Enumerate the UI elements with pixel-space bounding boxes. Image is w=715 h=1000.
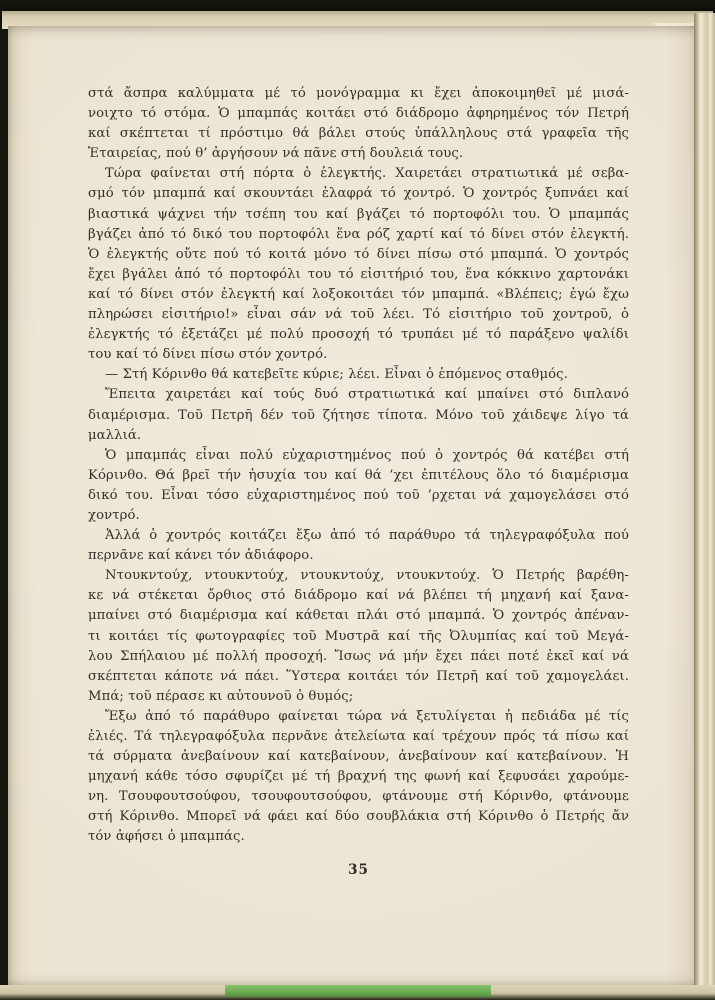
text-line: μηχανή κάθε τόσο σφυρίζει μέ τή βραχνή τ… [88,767,629,787]
text-line: μαλλιά. [88,426,629,446]
text-line: Κόρινθο. Θά βρεῖ τήν ἡσυχία του καί θά ’… [88,466,629,486]
text-line: τι κοιτάει τίς φωτογραφίες τοῦ Μυστρᾶ κα… [88,627,629,647]
paragraph: Ἔξω ἀπό τό παράθυρο φαίνεται τώρα νά ξετ… [88,707,629,848]
text-line: — Στή Κόρινθο θά κατεβεῖτε κύριε; λέει. … [88,365,629,385]
page-text: στά ἄσπρα καλύμματα μέ τό μονόγραμμα κι … [88,84,629,848]
text-line: Τώρα φαίνεται στή πόρτα ὁ ἐλεγκτής. Χαιρ… [88,164,629,184]
paragraph: — Στή Κόρινθο θά κατεβεῖτε κύριε; λέει. … [88,365,629,385]
text-line: χοντρό. [88,506,629,526]
text-line: Ντουκντούχ, ντουκντούχ, ντουκντούχ, ντου… [88,566,629,586]
text-line: Ἑταιρείας, πού θ’ ἀργήσουν νά πᾶνε στή δ… [88,144,629,164]
book-fore-edge-right [694,13,715,1000]
paragraph: Ἔπειτα χαιρετάει καί τούς δυό στρατιωτικ… [88,385,629,445]
text-line: Ἔξω ἀπό τό παράθυρο φαίνεται τώρα νά ξετ… [88,707,629,727]
paragraph: Ὁ μπαμπάς εἶναι πολύ εὐχαριστημένος πού … [88,446,629,526]
text-line: τόν ἀφήσει ὁ μπαμπάς. [88,827,629,847]
text-line: ἐλεγκτής τό ἐξετάζει μέ πολύ προσοχή τό … [88,325,629,345]
text-line: βιαστικά ψάχνει τήν τσέπη του καί βγάζει… [88,205,629,225]
text-line: Μπά; τοῦ πέρασε κι αὐτουνοῦ ὁ θυμός; [88,687,629,707]
text-line: ἔχει βγάλει ἀπό τό πορτοφόλι του τό εἰσι… [88,265,629,285]
paragraph: Ντουκντούχ, ντουκντούχ, ντουκντούχ, ντου… [88,566,629,707]
paragraph: Ἀλλά ὁ χοντρός κοιτάζει ἔξω ἀπό τό παράθ… [88,526,629,566]
text-line: κε νά στέκεται ὄρθιος στό διάδρομο καί ν… [88,586,629,606]
text-line: νοιχτο τό στόμα. Ὁ μπαμπάς κοιτάει στό δ… [88,104,629,124]
page-number: 35 [88,862,629,878]
paragraph: στά ἄσπρα καλύμματα μέ τό μονόγραμμα κι … [88,84,629,164]
text-line: του καί τό δίνει πίσω στόν χοντρό. [88,345,629,365]
text-line: στή Κόρινθο. Μπορεῖ νά φάει καί δύο σουβ… [88,807,629,827]
text-line: Ἔπειτα χαιρετάει καί τούς δυό στρατιωτικ… [88,385,629,405]
text-line: Ὁ μπαμπάς εἶναι πολύ εὐχαριστημένος πού … [88,446,629,466]
text-line: πληρώσει εἰσιτήριο!» εἶναι σάν νά τοῦ λέ… [88,305,629,325]
text-line: στά ἄσπρα καλύμματα μέ τό μονόγραμμα κι … [88,84,629,104]
text-line: τά σύρματα ἀνεβαίνουν καί κατεβαίνουν, ἀ… [88,747,629,767]
text-line: διαμέρισμα. Τοῦ Πετρῆ δέν τοῦ ζήτησε τίπ… [88,406,629,426]
text-line: καί τό δίνει στόν ἐλεγκτή καί λοξοκοιτάε… [88,285,629,305]
book-bottom-page-edges [0,985,715,1000]
paragraph: Τώρα φαίνεται στή πόρτα ὁ ἐλεγκτής. Χαιρ… [88,164,629,365]
text-line: μπαίνει στό διαμέρισμα καί κάθεται πλάι … [88,606,629,626]
text-line: ἐλιές. Τά τηλεγραφόξυλα περνᾶνε ἀτελείωτ… [88,727,629,747]
text-line: λου Σπήλαιου μέ πολλή προσοχή. Ἴσως νά μ… [88,647,629,667]
text-line: περνᾶνε καί κάνει τόν ἀδιάφορο. [88,546,629,566]
text-line: Ἀλλά ὁ χοντρός κοιτάζει ἔξω ἀπό τό παράθ… [88,526,629,546]
text-line: βγάζει ἀπό τό δικό του πορτοφόλι ἕνα ρόζ… [88,225,629,245]
text-line: νη. Τσουφουτσούφου, τσουφουτσούφου, φτάν… [88,787,629,807]
book-page: στά ἄσπρα καλύμματα μέ τό μονόγραμμα κι … [8,26,694,985]
text-line: καί σκέπτεται τί πρόστιμο θά βάλει στούς… [88,124,629,144]
text-line: δικό του. Εἶναι τόσο εὐχαριστημένος πού … [88,486,629,506]
text-line: σκέπτεται κάποτε νά πάει. Ὕστερα κοιτάει… [88,667,629,687]
text-line: σμό τόν μπαμπά καί σκουντάει ἐλαφρά τό χ… [88,184,629,204]
text-line: Ὁ ἐλεγκτής οὔτε πού τό κοιτά μόνο τό δίν… [88,245,629,265]
scanned-book-photo: { "document": { "language": "Greek (poly… [0,0,715,1000]
green-ribbon [225,985,491,997]
